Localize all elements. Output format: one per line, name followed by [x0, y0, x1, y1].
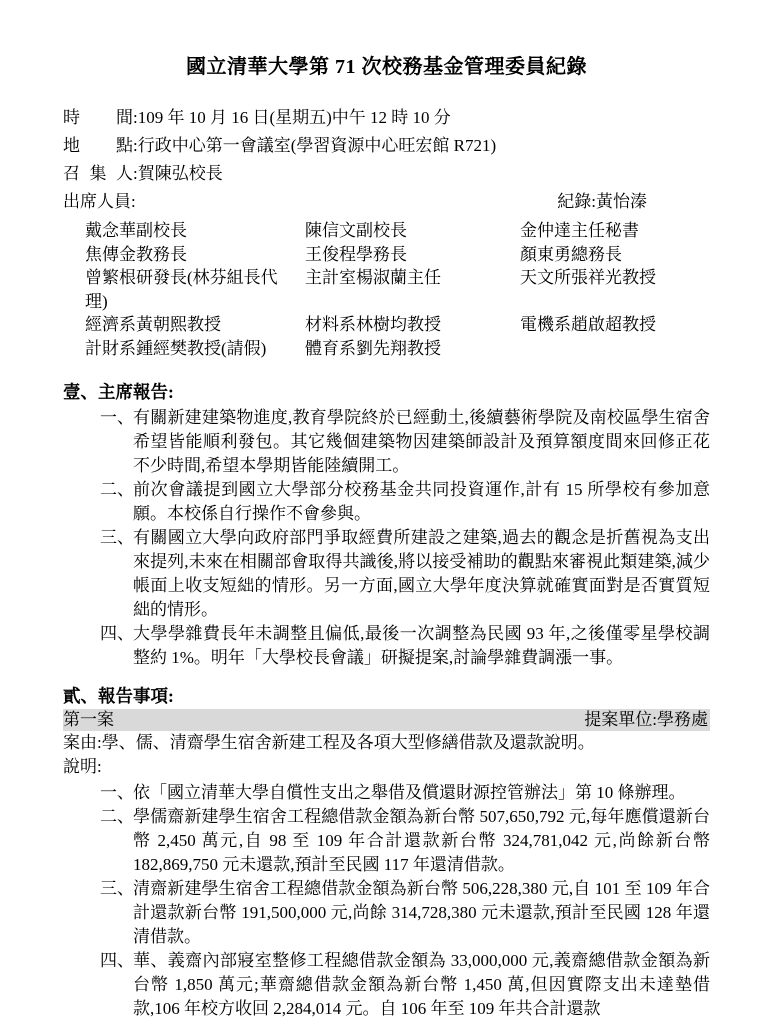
case-explanation-label: 說明:	[63, 755, 710, 779]
attendee-name: 體育系劉先翔教授	[305, 337, 505, 361]
item-number: 二、	[100, 805, 133, 877]
attendees-label: 出席人員:	[63, 188, 136, 216]
attendee-name: 陳信文副校長	[305, 219, 505, 243]
case-title-bar: 第一案 提案單位:學務處	[63, 709, 710, 731]
item-number: 四、	[100, 949, 133, 1021]
item-text: 大學學雜費長年未調整且偏低,最後一次調整為民國 93 年,之後僅零星學校調整約 …	[133, 622, 710, 670]
attendee-name: 曾繁根研發長(林芬組長代理)	[85, 266, 285, 313]
attendee-name: 王俊程學務長	[305, 243, 505, 267]
explanation-item: 二、 學儒齋新建學生宿舍工程總借款金額為新台幣 507,650,792 元,每年…	[100, 805, 710, 877]
attendee-name: 計財系鍾經樊教授(請假)	[85, 337, 285, 361]
meta-row-time: 時間:109 年 10 月 16 日(星期五)中午 12 時 10 分	[63, 104, 710, 132]
item-number: 一、	[100, 406, 133, 478]
report-item: 三、 有關國立大學向政府部門爭取經費所建設之建築,過去的觀念是折舊視為支出來提列…	[100, 526, 710, 622]
item-text: 有關新建建築物進度,教育學院終於已經動土,後續藝術學院及南校區學生宿舍希望皆能順…	[133, 406, 710, 478]
case-name: 第一案	[63, 709, 114, 731]
item-text: 前次會議提到國立大學部分校務基金共同投資運作,計有 15 所學校有參加意願。本校…	[133, 478, 710, 526]
attendee-name: 天文所張祥光教授	[520, 266, 710, 313]
case-subject: 案由:學、儒、清齋學生宿舍新建工程及各項大型修繕借款及還款說明。	[63, 731, 710, 755]
attendee-name: 戴念華副校長	[85, 219, 285, 243]
attendee-name: 電機系趙啟超教授	[520, 313, 710, 337]
item-number: 二、	[100, 478, 133, 526]
chairman-report-heading: 壹、主席報告:	[63, 380, 710, 404]
item-number: 三、	[100, 526, 133, 622]
attendees-grid: 戴念華副校長 陳信文副校長 金仲達主任秘書 焦傳金教務長 王俊程學務長 顏東勇總…	[85, 219, 710, 360]
item-text: 依「國立清華大學自償性支出之舉借及償還財源控管辦法」第 10 條辦理。	[133, 781, 710, 805]
document-title: 國立清華大學第 71 次校務基金管理委員紀錄	[63, 50, 710, 79]
attendee-name: 焦傳金教務長	[85, 243, 285, 267]
item-number: 三、	[100, 877, 133, 949]
meta-value-location: :行政中心第一會議室(學習資源中心旺宏館 R721)	[133, 132, 496, 160]
attendee-name: 經濟系黃朝熙教授	[85, 313, 285, 337]
report-matters-heading: 貳、報告事項:	[63, 684, 710, 708]
meta-row-location: 地點:行政中心第一會議室(學習資源中心旺宏館 R721)	[63, 132, 710, 160]
report-matters-section: 貳、報告事項: 第一案 提案單位:學務處 案由:學、儒、清齋學生宿舍新建工程及各…	[63, 684, 710, 1021]
item-text: 清齋新建學生宿舍工程總借款金額為新台幣 506,228,380 元,自 101 …	[133, 877, 710, 949]
item-text: 華、義齋內部寢室整修工程總借款金額為 33,000,000 元,義齋總借款金額為…	[133, 949, 710, 1021]
attendee-name: 顏東勇總務長	[520, 243, 710, 267]
item-number: 一、	[100, 781, 133, 805]
explanation-item: 四、 華、義齋內部寢室整修工程總借款金額為 33,000,000 元,義齋總借款…	[100, 949, 710, 1021]
meta-value-time: :109 年 10 月 16 日(星期五)中午 12 時 10 分	[133, 104, 451, 132]
meta-row-convener: 召集人:賀陳弘校長	[63, 160, 710, 188]
case-proposer: 提案單位:學務處	[584, 709, 708, 731]
attendee-name: 主計室楊淑蘭主任	[305, 266, 505, 313]
item-text: 學儒齋新建學生宿舍工程總借款金額為新台幣 507,650,792 元,每年應償還…	[133, 805, 710, 877]
document-page: 國立清華大學第 71 次校務基金管理委員紀錄 時間:109 年 10 月 16 …	[0, 0, 770, 1024]
explanation-item: 三、 清齋新建學生宿舍工程總借款金額為新台幣 506,228,380 元,自 1…	[100, 877, 710, 949]
explanation-item: 一、 依「國立清華大學自償性支出之舉借及償還財源控管辦法」第 10 條辦理。	[100, 781, 710, 805]
attendee-name: 金仲達主任秘書	[520, 219, 710, 243]
meta-value-convener: :賀陳弘校長	[133, 160, 223, 188]
attendee-name	[520, 337, 710, 361]
chairman-report-list: 一、 有關新建建築物進度,教育學院終於已經動土,後續藝術學院及南校區學生宿舍希望…	[63, 406, 710, 670]
meta-label-convener: 召集人	[63, 160, 133, 188]
meta-label-location: 地點	[63, 132, 133, 160]
report-item: 四、 大學學雜費長年未調整且偏低,最後一次調整為民國 93 年,之後僅零星學校調…	[100, 622, 710, 670]
meta-label-time: 時間	[63, 104, 133, 132]
attendees-header-row: 出席人員: 紀錄:黃怡溱	[63, 188, 710, 216]
item-number: 四、	[100, 622, 133, 670]
report-item: 一、 有關新建建築物進度,教育學院終於已經動土,後續藝術學院及南校區學生宿舍希望…	[100, 406, 710, 478]
recorder-label: 紀錄:黃怡溱	[557, 188, 710, 216]
report-item: 二、 前次會議提到國立大學部分校務基金共同投資運作,計有 15 所學校有參加意願…	[100, 478, 710, 526]
item-text: 有關國立大學向政府部門爭取經費所建設之建築,過去的觀念是折舊視為支出來提列,未來…	[133, 526, 710, 622]
chairman-report-section: 壹、主席報告: 一、 有關新建建築物進度,教育學院終於已經動土,後續藝術學院及南…	[63, 380, 710, 670]
attendee-name: 材料系林樹均教授	[305, 313, 505, 337]
case-explanation-list: 一、 依「國立清華大學自償性支出之舉借及償還財源控管辦法」第 10 條辦理。 二…	[63, 781, 710, 1021]
